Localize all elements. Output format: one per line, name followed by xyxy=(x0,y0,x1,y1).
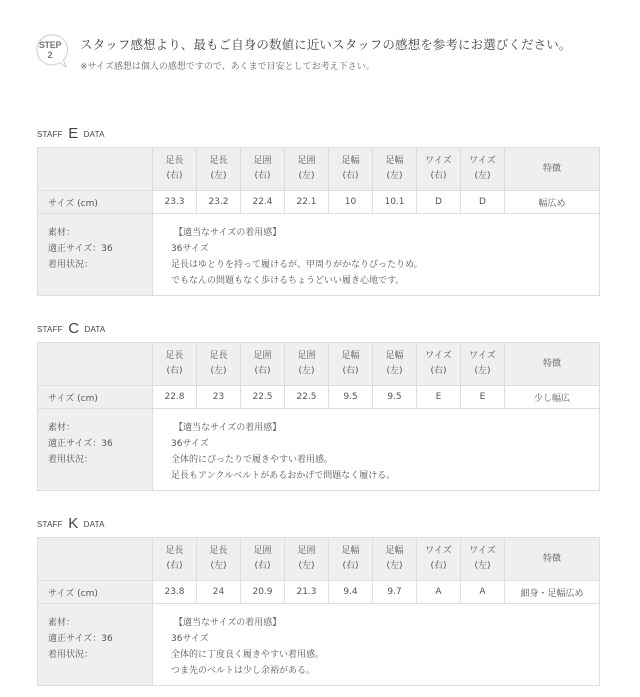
header-feature: 特徴 xyxy=(505,343,600,386)
cell-value: 21.3 xyxy=(285,581,329,604)
cell-value: 23.2 xyxy=(197,191,241,214)
header-blank xyxy=(38,148,153,191)
staff-title-c: STAFF C DATA xyxy=(37,319,105,337)
step-word: STEP xyxy=(33,40,67,50)
header-foot-length-right: 足長(右) xyxy=(153,343,197,386)
table-note-row: 素材： 適正サイズ：36 着用状況： 【適当なサイズの着用感】 36サイズ 足長… xyxy=(38,214,600,296)
cell-value: 23 xyxy=(197,386,241,409)
step-disclaimer: ※サイズ感想は個人の感想ですので、あくまで目安としてお考え下さい。 xyxy=(80,59,375,72)
header-wise-right: ワイズ(右) xyxy=(417,538,461,581)
staff-suffix: DATA xyxy=(85,325,106,334)
cell-value: 23.8 xyxy=(153,581,197,604)
staff-prefix: STAFF xyxy=(37,520,63,529)
staff-table-e: 足長(右) 足長(左) 足囲(右) 足囲(左) 足幅(右) 足幅(左) ワイズ(… xyxy=(37,147,600,296)
header-wise-right: ワイズ(右) xyxy=(417,148,461,191)
header-feature: 特徴 xyxy=(505,148,600,191)
cell-value: 9.5 xyxy=(373,386,417,409)
header-foot-width-left: 足幅(左) xyxy=(373,148,417,191)
cell-value: A xyxy=(461,581,505,604)
note-labels: 素材： 適正サイズ：36 着用状況： xyxy=(38,409,153,491)
cell-value: 22.5 xyxy=(285,386,329,409)
table-row: サイズ (cm) 22.8 23 22.5 22.5 9.5 9.5 E E 少… xyxy=(38,386,600,409)
header-foot-width-right: 足幅(右) xyxy=(329,148,373,191)
table-header-row: 足長(右) 足長(左) 足囲(右) 足囲(左) 足幅(右) 足幅(左) ワイズ(… xyxy=(38,343,600,386)
header-blank xyxy=(38,538,153,581)
cell-value: D xyxy=(417,191,461,214)
step-badge: STEP 2 xyxy=(33,33,69,69)
staff-suffix: DATA xyxy=(84,520,105,529)
staff-table-k: 足長(右) 足長(左) 足囲(右) 足囲(左) 足幅(右) 足幅(左) ワイズ(… xyxy=(37,537,600,686)
step-header: STEP 2 スタッフ感想より、最もご自身の数値に近いスタッフの感想を参考にお選… xyxy=(33,33,633,83)
header-foot-length-right: 足長(右) xyxy=(153,538,197,581)
header-foot-girth-left: 足囲(左) xyxy=(285,343,329,386)
staff-title-e: STAFF E DATA xyxy=(37,124,105,142)
step-badge-text: STEP 2 xyxy=(33,40,67,60)
header-wise-left: ワイズ(左) xyxy=(461,538,505,581)
staff-title-k: STAFF K DATA xyxy=(37,514,105,532)
size-row-label: サイズ (cm) xyxy=(38,581,153,604)
header-foot-width-left: 足幅(左) xyxy=(373,343,417,386)
note-body: 【適当なサイズの着用感】 36サイズ 全体的に丁度良く履きやすい着用感。 つま先… xyxy=(153,604,600,686)
header-blank xyxy=(38,343,153,386)
staff-suffix: DATA xyxy=(84,130,105,139)
table-note-row: 素材： 適正サイズ：36 着用状況： 【適当なサイズの着用感】 36サイズ 全体… xyxy=(38,409,600,491)
step-instruction: スタッフ感想より、最もご自身の数値に近いスタッフの感想を参考にお選びください。 xyxy=(80,35,571,53)
cell-value: 9.7 xyxy=(373,581,417,604)
header-feature: 特徴 xyxy=(505,538,600,581)
note-labels: 素材： 適正サイズ：36 着用状況： xyxy=(38,214,153,296)
header-foot-girth-right: 足囲(右) xyxy=(241,148,285,191)
cell-value: D xyxy=(461,191,505,214)
cell-value: 22.8 xyxy=(153,386,197,409)
cell-value: E xyxy=(461,386,505,409)
table-row: サイズ (cm) 23.3 23.2 22.4 22.1 10 10.1 D D… xyxy=(38,191,600,214)
cell-value: 24 xyxy=(197,581,241,604)
cell-value: 10 xyxy=(329,191,373,214)
cell-value: 20.9 xyxy=(241,581,285,604)
note-labels: 素材： 適正サイズ：36 着用状況： xyxy=(38,604,153,686)
header-wise-left: ワイズ(左) xyxy=(461,148,505,191)
cell-value: E xyxy=(417,386,461,409)
header-foot-width-right: 足幅(右) xyxy=(329,538,373,581)
cell-value: 22.5 xyxy=(241,386,285,409)
header-foot-girth-left: 足囲(左) xyxy=(285,148,329,191)
cell-value: 22.1 xyxy=(285,191,329,214)
header-foot-girth-left: 足囲(左) xyxy=(285,538,329,581)
staff-prefix: STAFF xyxy=(37,325,63,334)
header-foot-width-left: 足幅(左) xyxy=(373,538,417,581)
step-number: 2 xyxy=(33,50,67,60)
table-note-row: 素材： 適正サイズ：36 着用状況： 【適当なサイズの着用感】 36サイズ 全体… xyxy=(38,604,600,686)
cell-value: 23.3 xyxy=(153,191,197,214)
size-row-label: サイズ (cm) xyxy=(38,191,153,214)
cell-value: 10.1 xyxy=(373,191,417,214)
size-row-label: サイズ (cm) xyxy=(38,386,153,409)
header-wise-right: ワイズ(右) xyxy=(417,343,461,386)
header-foot-length-left: 足長(左) xyxy=(197,538,241,581)
header-foot-girth-right: 足囲(右) xyxy=(241,538,285,581)
header-foot-length-right: 足長(右) xyxy=(153,148,197,191)
header-foot-length-left: 足長(左) xyxy=(197,343,241,386)
staff-prefix: STAFF xyxy=(37,130,63,139)
cell-value: 9.4 xyxy=(329,581,373,604)
header-foot-width-right: 足幅(右) xyxy=(329,343,373,386)
staff-letter: E xyxy=(68,125,78,142)
table-row: サイズ (cm) 23.8 24 20.9 21.3 9.4 9.7 A A 細… xyxy=(38,581,600,604)
staff-table-c: 足長(右) 足長(左) 足囲(右) 足囲(左) 足幅(右) 足幅(左) ワイズ(… xyxy=(37,342,600,491)
cell-feature: 少し幅広 xyxy=(505,386,600,409)
note-body: 【適当なサイズの着用感】 36サイズ 足長はゆとりを持って履けるが、甲周りがかな… xyxy=(153,214,600,296)
header-foot-girth-right: 足囲(右) xyxy=(241,343,285,386)
staff-letter: C xyxy=(68,320,79,337)
cell-value: 22.4 xyxy=(241,191,285,214)
cell-feature: 細身・足幅広め xyxy=(505,581,600,604)
header-wise-left: ワイズ(左) xyxy=(461,343,505,386)
table-header-row: 足長(右) 足長(左) 足囲(右) 足囲(左) 足幅(右) 足幅(左) ワイズ(… xyxy=(38,538,600,581)
cell-value: 9.5 xyxy=(329,386,373,409)
table-header-row: 足長(右) 足長(左) 足囲(右) 足囲(左) 足幅(右) 足幅(左) ワイズ(… xyxy=(38,148,600,191)
cell-value: A xyxy=(417,581,461,604)
cell-feature: 幅広め xyxy=(505,191,600,214)
header-foot-length-left: 足長(左) xyxy=(197,148,241,191)
note-body: 【適当なサイズの着用感】 36サイズ 全体的にぴったりで履きやすい着用感。 足長… xyxy=(153,409,600,491)
staff-letter: K xyxy=(68,515,78,532)
